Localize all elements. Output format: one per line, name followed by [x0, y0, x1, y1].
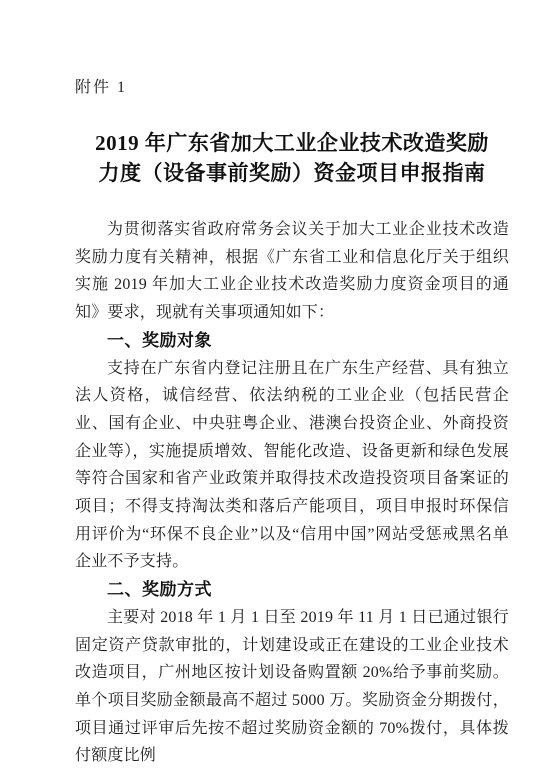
section-body-reward-target: 支持在广东省内登记注册且在广东生产经营、具有独立法人资格，诚信经营、依法纳税的工… — [75, 355, 509, 577]
section-body-reward-method: 主要对 2018 年 1 月 1 日至 2019 年 11 月 1 日已通过银行… — [75, 604, 509, 770]
attachment-label: 附件 1 — [75, 76, 509, 100]
document-title-line-1: 2019 年广东省加大工业企业技术改造奖励 — [95, 131, 489, 155]
document-title-line-2: 力度（设备事前奖励）资金项目申报指南 — [99, 161, 486, 185]
document-title: 2019 年广东省加大工业企业技术改造奖励力度（设备事前奖励）资金项目申报指南 — [75, 128, 509, 188]
section-heading-reward-method: 二、奖励方式 — [75, 576, 509, 604]
document-page: 附件 1 2019 年广东省加大工业企业技术改造奖励力度（设备事前奖励）资金项目… — [0, 0, 550, 778]
section-heading-reward-target: 一、奖励对象 — [75, 327, 509, 355]
intro-paragraph: 为贯彻落实省政府常务会议关于加大工业企业技术改造奖励力度有关精神，根据《广东省工… — [75, 216, 509, 327]
